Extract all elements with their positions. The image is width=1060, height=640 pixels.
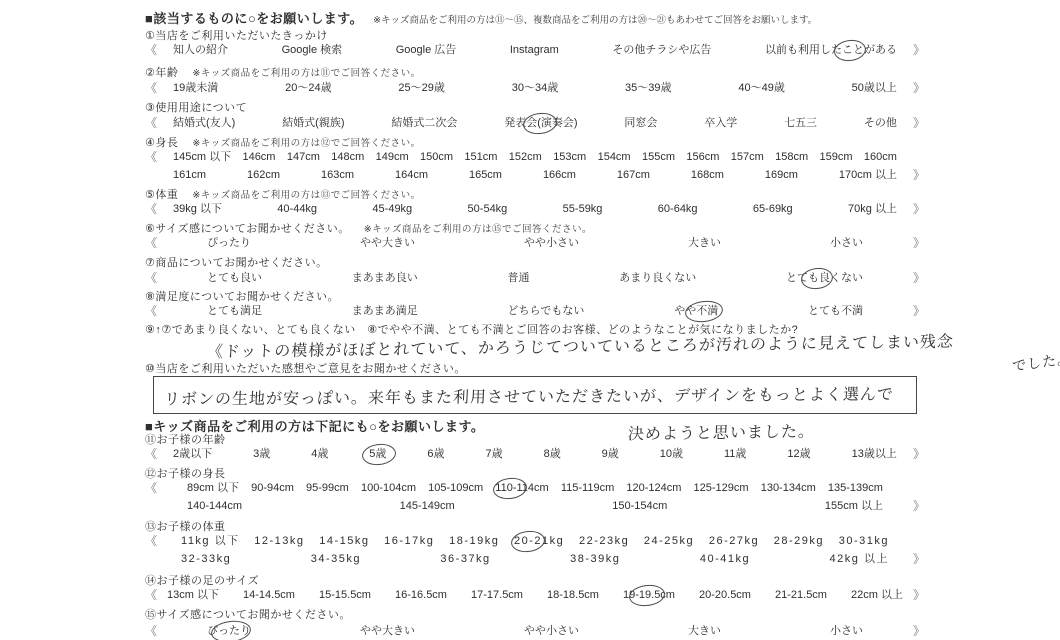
option: 156cm xyxy=(686,150,719,165)
question-11-options: 《 2歳以下3歳4歳5歳6歳7歳8歳9歳10歳11歳12歳13歳以上 》 xyxy=(145,447,925,462)
option-circled: ぴったり xyxy=(207,624,251,639)
option: 163cm xyxy=(321,168,354,183)
option: 卒入学 xyxy=(704,116,737,131)
option: やや大きい xyxy=(360,236,415,251)
close-bracket: 》 xyxy=(913,116,925,131)
close-bracket: 》 xyxy=(913,499,925,514)
option: 148cm xyxy=(331,150,364,165)
option: 39kg 以下 xyxy=(173,202,222,217)
option-circled: とても良くない xyxy=(786,271,863,286)
option: 50歳以上 xyxy=(852,81,897,96)
option: とても良い xyxy=(207,271,262,286)
option: 19歳未満 xyxy=(173,81,218,96)
option: 170cm 以上 xyxy=(839,168,897,183)
question-12-options: 《 89cm 以下90-94cm95-99cm100-104cm105-109c… xyxy=(145,481,925,514)
option: 90-94cm xyxy=(251,481,294,496)
option: 11歳 xyxy=(724,447,746,462)
option: 45-49kg xyxy=(372,202,412,217)
option: 166cm xyxy=(543,168,576,183)
option: 162cm xyxy=(247,168,280,183)
option: 同窓会 xyxy=(624,116,657,131)
option: 159cm xyxy=(820,150,853,165)
option: 150-154cm xyxy=(612,499,667,514)
scanned-survey-page: ■該当するものに○をお願いします。※キッズ商品をご利用の方は⑪〜⑮、複数商品をご… xyxy=(0,0,1060,640)
option-circled: 19-19.5cm xyxy=(623,588,675,603)
option-circled: 以前も利用したことがある xyxy=(765,43,897,58)
option: やや大きい xyxy=(360,624,415,639)
question-13-options: 《 11kg 以下12-13kg14-15kg16-17kg18-19kg20-… xyxy=(145,534,925,567)
option: 154cm xyxy=(598,150,631,165)
question-8-options: 《 とても満足まあまあ満足どちらでもないやや不満とても不満 》 xyxy=(145,304,925,319)
option: 145-149cm xyxy=(400,499,455,514)
open-bracket: 《 xyxy=(145,624,157,639)
handwritten-comment-tail: 決めようと思いました。 xyxy=(628,419,816,445)
option: 11kg 以下 xyxy=(181,534,240,549)
question-6-note: ※キッズ商品をご利用の方は⑮でご回答ください。 xyxy=(364,224,592,235)
option: 40-44kg xyxy=(277,202,317,217)
option: 55-59kg xyxy=(563,202,603,217)
option: 4歳 xyxy=(311,447,328,462)
option: 結婚式(友人) xyxy=(173,116,235,131)
option: 2歳以下 xyxy=(173,447,212,462)
option: 40-41kg xyxy=(700,552,750,567)
handwritten-comment: リボンの生地が安っぽい。来年もまた利用させていただきたいが、デザインをもっとよく… xyxy=(163,381,894,409)
question-4-text: ④身長 xyxy=(145,137,178,149)
option: 42kg 以上 xyxy=(830,552,889,567)
survey-note: ※キッズ商品をご利用の方は⑪〜⑮、複数商品をご利用の方は⑳〜㉑もあわせてご回答を… xyxy=(373,15,817,26)
option: 30-31kg xyxy=(839,534,889,549)
close-bracket: 》 xyxy=(913,271,925,286)
option: やや小さい xyxy=(524,624,579,639)
option: 結婚式二次会 xyxy=(391,116,457,131)
option: 6歳 xyxy=(427,447,444,462)
option: 15-15.5cm xyxy=(319,588,371,603)
option: 14-15kg xyxy=(319,534,369,549)
option: 168cm xyxy=(691,168,724,183)
option: 152cm xyxy=(509,150,542,165)
option: 9歳 xyxy=(602,447,619,462)
option: 17-17.5cm xyxy=(471,588,523,603)
option: 21-21.5cm xyxy=(775,588,827,603)
option: 153cm xyxy=(553,150,586,165)
close-bracket: 》 xyxy=(913,552,925,567)
question-7-label: ⑦商品についてお聞かせください。 xyxy=(145,254,925,270)
question-4-label: ④身長※キッズ商品をご利用の方は⑫でご回答ください。 xyxy=(145,134,925,150)
open-bracket: 《 xyxy=(145,81,157,96)
option: 115-119cm xyxy=(561,481,614,496)
option: 145cm 以下 xyxy=(173,150,231,165)
option: 120-124cm xyxy=(626,481,681,496)
survey-content: ■該当するものに○をお願いします。※キッズ商品をご利用の方は⑪〜⑮、複数商品をご… xyxy=(145,0,925,640)
option: 149cm xyxy=(376,150,409,165)
option: 165cm xyxy=(469,168,502,183)
option: 40〜49歳 xyxy=(738,81,784,96)
option: 157cm xyxy=(731,150,764,165)
option: 結婚式(親族) xyxy=(282,116,344,131)
option: 13歳以上 xyxy=(852,447,897,462)
option: 105-109cm xyxy=(428,481,483,496)
option: 50-54kg xyxy=(468,202,508,217)
option: 大きい xyxy=(688,624,721,639)
option: 12-13kg xyxy=(254,534,304,549)
question-8-label: ⑧満足度についてお聞かせください。 xyxy=(145,288,925,304)
close-bracket: 》 xyxy=(913,236,925,251)
option: その他チラシや広告 xyxy=(612,43,711,58)
option: 12歳 xyxy=(787,447,810,462)
option: 155cm 以上 xyxy=(825,499,883,514)
open-bracket: 《 xyxy=(145,43,157,58)
option: 155cm xyxy=(642,150,675,165)
option: Instagram xyxy=(510,43,559,58)
survey-title: ■該当するものに○をお願いします。 xyxy=(145,11,363,26)
option: 164cm xyxy=(395,168,428,183)
question-1-options: 《 知人の紹介Google 検索Google 広告Instagramその他チラシ… xyxy=(145,43,925,58)
open-bracket: 《 xyxy=(145,304,157,319)
option: 30〜34歳 xyxy=(512,81,558,96)
close-bracket: 》 xyxy=(913,447,925,462)
question-5-options: 《 39kg 以下40-44kg45-49kg50-54kg55-59kg60-… xyxy=(145,202,925,217)
option: 22-23kg xyxy=(579,534,629,549)
option: やや小さい xyxy=(524,236,579,251)
option: まあまあ満足 xyxy=(352,304,418,319)
question-3-options: 《 結婚式(友人)結婚式(親族)結婚式二次会発表会(演奏会)同窓会卒入学七五三そ… xyxy=(145,116,925,131)
option: 147cm xyxy=(287,150,320,165)
option: 140-144cm xyxy=(187,499,242,514)
close-bracket: 》 xyxy=(913,304,925,319)
option: 161cm xyxy=(173,168,206,183)
option: 169cm xyxy=(765,168,798,183)
option: 167cm xyxy=(617,168,650,183)
comment-box: リボンの生地が安っぽい。来年もまた利用させていただきたいが、デザインをもっとよく… xyxy=(153,376,917,414)
option: 14-14.5cm xyxy=(243,588,295,603)
option: ぴったり xyxy=(207,236,251,251)
close-bracket: 》 xyxy=(913,624,925,639)
open-bracket: 《 xyxy=(145,588,157,603)
open-bracket: 《 xyxy=(145,481,157,496)
option: 28-29kg xyxy=(774,534,824,549)
close-bracket: 》 xyxy=(913,81,925,96)
option: 135-139cm xyxy=(828,481,883,496)
question-2-note: ※キッズ商品をご利用の方は⑪でご回答ください。 xyxy=(192,68,420,79)
option-circled: 発表会(演奏会) xyxy=(504,116,577,131)
option: 65-69kg xyxy=(753,202,793,217)
option: 95-99cm xyxy=(306,481,349,496)
option: 158cm xyxy=(775,150,808,165)
option: 16-17kg xyxy=(384,534,434,549)
option: 3歳 xyxy=(253,447,270,462)
question-6-text: ⑥サイズ感についてお聞かせください。 xyxy=(145,223,350,235)
open-bracket: 《 xyxy=(145,150,157,165)
question-2-options: 《 19歳未満20〜24歳25〜29歳30〜34歳35〜39歳40〜49歳50歳… xyxy=(145,81,925,96)
option: 125-129cm xyxy=(694,481,749,496)
option: 160cm xyxy=(864,150,897,165)
option-circled: やや不満 xyxy=(674,304,718,319)
option: まあまあ良い xyxy=(352,271,418,286)
open-bracket: 《 xyxy=(145,534,157,549)
question-15-label: ⑮サイズ感についてお聞かせください。 xyxy=(145,606,925,622)
option: 36-37kg xyxy=(440,552,490,567)
option: 20〜24歳 xyxy=(285,81,331,96)
close-bracket: 》 xyxy=(913,202,925,217)
question-6-options: 《 ぴったりやや大きいやや小さい大きい小さい 》 xyxy=(145,236,925,251)
question-4-note: ※キッズ商品をご利用の方は⑫でご回答ください。 xyxy=(192,138,420,149)
question-15-options: 《 ぴったりやや大きいやや小さい大きい小さい 》 xyxy=(145,624,925,639)
question-1-label: ①当店をご利用いただいたきっかけ xyxy=(145,27,925,43)
option-circled: 110-114cm xyxy=(495,481,548,496)
handwritten-answer-tail: でした。 xyxy=(1012,348,1060,376)
open-bracket: 《 xyxy=(145,116,157,131)
option: 22cm 以上 xyxy=(851,588,903,603)
option: 18-19kg xyxy=(449,534,499,549)
question-2-text: ②年齢 xyxy=(145,67,178,79)
question-5-note: ※キッズ商品をご利用の方は⑬でご回答ください。 xyxy=(192,190,420,201)
option: 七五三 xyxy=(784,116,817,131)
open-bracket: 《 xyxy=(145,202,157,217)
question-14-label: ⑭お子様の足のサイズ xyxy=(145,572,925,588)
option: 32-33kg xyxy=(181,552,231,567)
option: 25〜29歳 xyxy=(398,81,444,96)
question-12-label: ⑫お子様の身長 xyxy=(145,465,925,481)
close-bracket: 》 xyxy=(913,43,925,58)
question-5-label: ⑤体重※キッズ商品をご利用の方は⑬でご回答ください。 xyxy=(145,186,925,202)
option: 35〜39歳 xyxy=(625,81,671,96)
question-4-options: 《 145cm 以下146cm147cm148cm149cm150cm151cm… xyxy=(145,150,925,183)
option: 小さい xyxy=(830,236,863,251)
option: 34-35kg xyxy=(311,552,361,567)
option: 7歳 xyxy=(485,447,502,462)
option-circled: 5歳 xyxy=(369,447,386,462)
option: 26-27kg xyxy=(709,534,759,549)
open-bracket: 《 xyxy=(145,447,157,462)
option: 18-18.5cm xyxy=(547,588,599,603)
option: 38-39kg xyxy=(570,552,620,567)
option: 70kg 以上 xyxy=(848,202,897,217)
option: 大きい xyxy=(688,236,721,251)
survey-header: ■該当するものに○をお願いします。※キッズ商品をご利用の方は⑪〜⑮、複数商品をご… xyxy=(145,8,925,28)
question-5-text: ⑤体重 xyxy=(145,189,178,201)
option: 146cm xyxy=(242,150,275,165)
option: 16-16.5cm xyxy=(395,588,447,603)
option: 10歳 xyxy=(660,447,683,462)
option: 小さい xyxy=(830,624,863,639)
option: あまり良くない xyxy=(619,271,696,286)
question-10-label: ⑩当店をご利用いただいた感想やご意見をお聞かせください。 xyxy=(145,360,925,376)
option: 知人の紹介 xyxy=(173,43,228,58)
option: 151cm xyxy=(464,150,497,165)
option: どちらでもない xyxy=(508,304,585,319)
option: Google 検索 xyxy=(282,43,343,58)
question-6-label: ⑥サイズ感についてお聞かせください。※キッズ商品をご利用の方は⑮でご回答ください… xyxy=(145,220,925,236)
option: 89cm 以下 xyxy=(187,481,239,496)
option: 60-64kg xyxy=(658,202,698,217)
option: 100-104cm xyxy=(361,481,416,496)
option: 8歳 xyxy=(544,447,561,462)
option: 20-20.5cm xyxy=(699,588,751,603)
close-bracket: 》 xyxy=(913,588,925,603)
option-circled: 20-21kg xyxy=(514,534,564,549)
option: Google 広告 xyxy=(396,43,457,58)
option: 13cm 以下 xyxy=(167,588,219,603)
option: とても満足 xyxy=(207,304,262,319)
option: 24-25kg xyxy=(644,534,694,549)
question-7-options: 《 とても良いまあまあ良い普通あまり良くないとても良くない 》 xyxy=(145,271,925,286)
close-bracket: 》 xyxy=(913,168,925,183)
question-2-label: ②年齢※キッズ商品をご利用の方は⑪でご回答ください。 xyxy=(145,64,925,80)
option: 普通 xyxy=(507,271,529,286)
open-bracket: 《 xyxy=(145,236,157,251)
option: とても不満 xyxy=(808,304,863,319)
open-bracket: 《 xyxy=(145,271,157,286)
option: 130-134cm xyxy=(761,481,816,496)
option: その他 xyxy=(864,116,897,131)
question-14-options: 《 13cm 以下14-14.5cm15-15.5cm16-16.5cm17-1… xyxy=(145,588,925,603)
option: 150cm xyxy=(420,150,453,165)
